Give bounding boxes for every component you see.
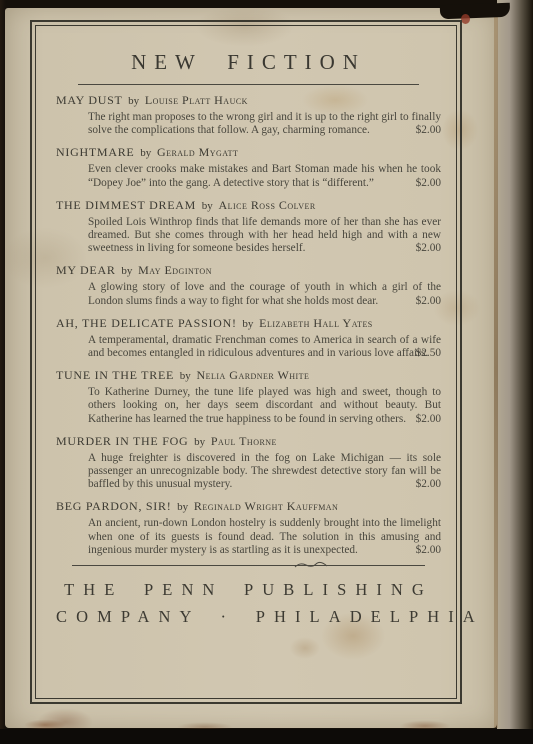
publisher-line1: THE PENN PUBLISHING	[56, 576, 441, 603]
book-title: MAY DUST	[56, 93, 122, 107]
book-heading: TUNE IN THE TREE by Nelia Gardner White	[56, 369, 441, 383]
book-author: Gerald Mygatt	[157, 145, 238, 159]
book-title: AH, THE DELICATE PASSION!	[56, 316, 237, 330]
printed-frame-inner: NEW FICTION MAY DUST by Louise Platt Hau…	[35, 25, 457, 699]
description-text: A huge freighter is discovered in the fo…	[88, 452, 441, 490]
book-entry: BEG PARDON, SIR! by Reginald Wright Kauf…	[56, 500, 441, 557]
book-back-cover-photo: P K NEW FICTION MAY DUST by Louise Platt…	[0, 0, 533, 744]
book-title: BEG PARDON, SIR!	[56, 499, 171, 513]
book-description: To Katherine Durney, the tune life playe…	[88, 386, 441, 426]
description-text: Spoiled Lois Winthrop finds that life de…	[88, 216, 441, 254]
book-title: NIGHTMARE	[56, 145, 134, 159]
book-edge-bottom	[0, 729, 533, 744]
description-text: To Katherine Durney, the tune life playe…	[88, 386, 441, 424]
book-author: Nelia Gardner White	[197, 368, 310, 382]
by-label: by	[200, 200, 215, 212]
book-heading: MY DEAR by May Edginton	[56, 264, 441, 278]
description-text: A glowing story of love and the courage …	[88, 281, 441, 306]
by-label: by	[138, 147, 153, 159]
book-heading: BEG PARDON, SIR! by Reginald Wright Kauf…	[56, 500, 441, 514]
book-price: $2.00	[416, 544, 441, 557]
description-text: A temperamental, dramatic Frenchman come…	[88, 334, 441, 359]
book-title: TUNE IN THE TREE	[56, 368, 174, 382]
book-price: $2.00	[416, 177, 441, 190]
book-description: The right man proposes to the wrong girl…	[88, 111, 441, 137]
description-text: An ancient, run-down London hostelry is …	[88, 517, 441, 555]
book-heading: NIGHTMARE by Gerald Mygatt	[56, 146, 441, 160]
book-entry: AH, THE DELICATE PASSION! by Elizabeth H…	[56, 317, 441, 360]
book-price: $2.00	[416, 242, 441, 255]
book-author: May Edginton	[138, 263, 212, 277]
publisher-block: THE PENN PUBLISHING COMPANY · PHILADELPH…	[56, 576, 441, 630]
squiggle-mark	[294, 560, 328, 570]
book-author: Paul Thorne	[211, 434, 277, 448]
book-description: A temperamental, dramatic Frenchman come…	[88, 334, 441, 360]
page-title: NEW FICTION	[56, 50, 441, 75]
by-label: by	[192, 436, 207, 448]
book-entry: TUNE IN THE TREE by Nelia Gardner White …	[56, 369, 441, 426]
book-heading: MURDER IN THE FOG by Paul Thorne	[56, 435, 441, 449]
book-description: A glowing story of love and the courage …	[88, 281, 441, 307]
book-entry: MURDER IN THE FOG by Paul Thorne A huge …	[56, 435, 441, 492]
book-description: A huge freighter is discovered in the fo…	[88, 452, 441, 492]
book-entry: NIGHTMARE by Gerald Mygatt Even clever c…	[56, 146, 441, 189]
printed-frame-outer: NEW FICTION MAY DUST by Louise Platt Hau…	[30, 20, 462, 704]
by-label: by	[175, 501, 190, 513]
description-text: Even clever crooks make mistakes and Bar…	[88, 163, 441, 188]
title-rule	[78, 84, 419, 85]
book-author: Reginald Wright Kauffman	[194, 499, 338, 513]
book-author: Elizabeth Hall Yates	[259, 316, 373, 330]
book-entry: MY DEAR by May Edginton A glowing story …	[56, 264, 441, 307]
torn-edge-top-right	[440, 3, 510, 19]
book-entry: MAY DUST by Louise Platt Hauck The right…	[56, 94, 441, 137]
book-price: $2.00	[416, 413, 441, 426]
book-description: An ancient, run-down London hostelry is …	[88, 517, 441, 557]
torn-edge-bottom	[5, 713, 497, 730]
publisher-rule	[72, 565, 425, 566]
book-heading: THE DIMMEST DREAM by Alice Ross Colver	[56, 199, 441, 213]
publisher-rule-wrap	[58, 565, 439, 566]
book-description: Even clever crooks make mistakes and Bar…	[88, 163, 441, 189]
book-title: MURDER IN THE FOG	[56, 434, 188, 448]
publisher-line2: COMPANY · PHILADELPHIA	[56, 603, 441, 630]
book-title: THE DIMMEST DREAM	[56, 198, 196, 212]
book-author: Alice Ross Colver	[219, 198, 316, 212]
book-description: Spoiled Lois Winthrop finds that life de…	[88, 216, 441, 256]
by-label: by	[126, 95, 141, 107]
by-label: by	[119, 265, 134, 277]
tear-spot	[461, 14, 470, 24]
description-text: The right man proposes to the wrong girl…	[88, 111, 441, 136]
book-price: $2.00	[416, 295, 441, 308]
book-entry: THE DIMMEST DREAM by Alice Ross Colver S…	[56, 199, 441, 256]
book-price: $2.50	[416, 347, 441, 360]
jacket-fold-crease	[494, 8, 498, 728]
book-price: $2.00	[416, 478, 441, 491]
book-author: Louise Platt Hauck	[145, 93, 248, 107]
book-heading: AH, THE DELICATE PASSION! by Elizabeth H…	[56, 317, 441, 331]
book-heading: MAY DUST by Louise Platt Hauck	[56, 94, 441, 108]
book-price: $2.00	[416, 124, 441, 137]
book-title: MY DEAR	[56, 263, 116, 277]
by-label: by	[240, 318, 255, 330]
jacket-content: NEW FICTION MAY DUST by Louise Platt Hau…	[40, 26, 452, 698]
by-label: by	[178, 370, 193, 382]
underlying-book-cover: P K	[497, 0, 533, 744]
